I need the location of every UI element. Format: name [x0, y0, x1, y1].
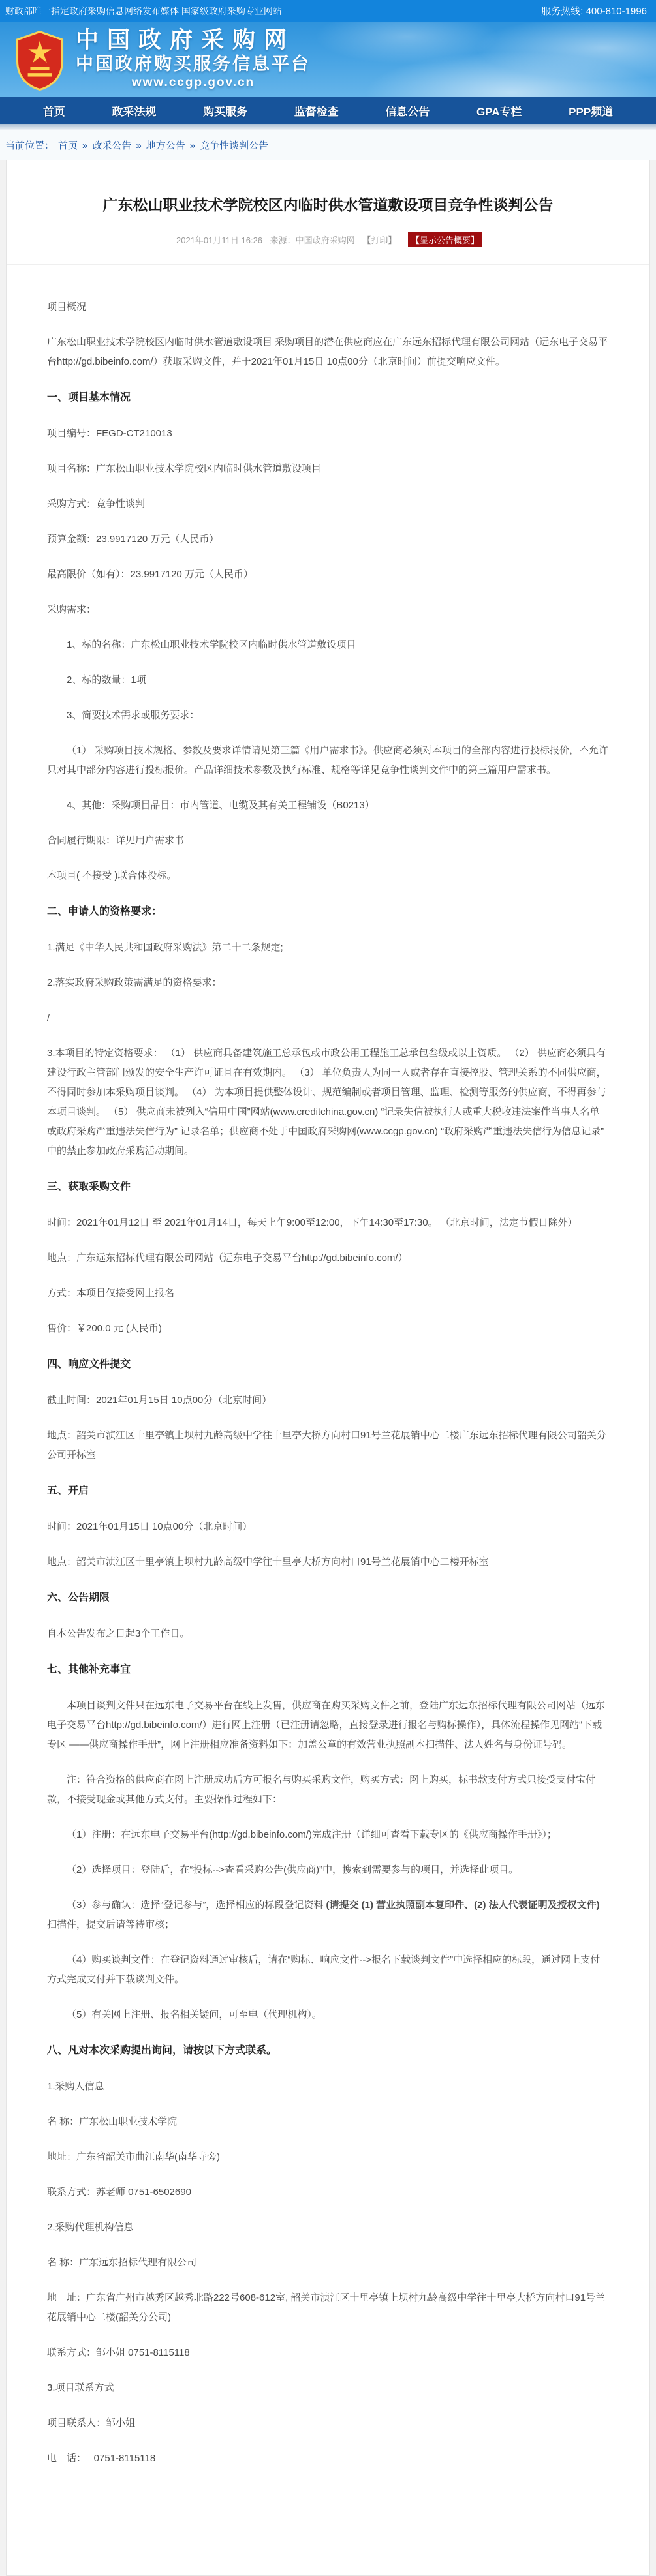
section-heading: 三、获取采购文件	[47, 1177, 609, 1198]
article-paragraph: 本项目谈判文件只在远东电子交易平台在线上发售，供应商在购买采购文件之前，登陆广东…	[47, 1696, 609, 1755]
article-paragraph: 自本公告发布之日起3个工作日。	[47, 1624, 609, 1644]
site-title: 中国政府采购网	[76, 28, 311, 53]
article-paragraph: 项目编号：FEGD-CT210013	[47, 424, 609, 444]
article-source: 来源：中国政府采购网	[270, 235, 355, 245]
article-paragraph: 3、简要技术需求或服务要求：	[47, 706, 609, 725]
breadcrumb-separator: »	[82, 140, 87, 151]
article-paragraph: 2.采购代理机构信息	[47, 2218, 609, 2237]
breadcrumb-link[interactable]: 政采公告	[92, 140, 131, 151]
article-paragraph: 广东松山职业技术学院校区内临时供水管道敷设项目 采购项目的潜在供应商应在广东远东…	[47, 333, 609, 372]
article-paragraph: 地址：广东省韶关市曲江南华(南华寺旁)	[47, 2147, 609, 2167]
nav-item-gpa[interactable]: GPA专栏	[476, 102, 522, 119]
article-paragraph: 项目概况	[47, 297, 609, 317]
article-paragraph: /	[47, 1008, 609, 1028]
section-heading: 七、其他补充事宜	[47, 1659, 609, 1680]
article-paragraph: 3.本项目的特定资格要求： （1） 供应商具备建筑施工总承包或市政公用工程施工总…	[47, 1044, 609, 1161]
article-paragraph: 时间：2021年01月12日 至 2021年01月14日，每天上午9:00至12…	[47, 1213, 609, 1233]
breadcrumb-link[interactable]: 竞争性谈判公告	[200, 140, 268, 151]
article-paragraph: 预算金额：23.9917120 万元（人民币）	[47, 530, 609, 549]
article-meta: 2021年01月11日 16:26 来源：中国政府采购网 【打印】 【显示公告概…	[33, 232, 623, 247]
article-paragraph: （3）参与确认：选择“登记参与”，选择相应的标段登记资料 (请提交 (1) 营业…	[47, 1896, 609, 1935]
site-brand: 中国政府采购网 中国政府购买服务信息平台 www.ccgp.gov.cn	[76, 28, 311, 90]
article-paragraph: 联系方式：苏老师 0751-6502690	[47, 2183, 609, 2202]
article-paragraph: 截止时间：2021年01月15日 10点00分（北京时间）	[47, 1391, 609, 1410]
article-paragraph: 地点：韶关市浈江区十里亭镇上坝村九龄高级中学往十里亭大桥方向村口91号兰花展销中…	[47, 1426, 609, 1465]
section-heading: 五、开启	[47, 1481, 609, 1502]
section-heading: 八、凡对本次采购提出询问，请按以下方式联系。	[47, 2040, 609, 2061]
breadcrumb: 当前位置：首页»政采公告»地方公告»竞争性谈判公告	[0, 130, 656, 160]
article-paragraph: 最高限价（如有）：23.9917120 万元（人民币）	[47, 565, 609, 584]
publish-datetime: 2021年01月11日 16:26	[176, 235, 262, 245]
article-paragraph: 合同履行期限：详见用户需求书	[47, 831, 609, 851]
breadcrumb-link[interactable]: 地方公告	[146, 140, 185, 151]
main-nav: 首页政采法规购买服务监督检查信息公告GPA专栏PPP频道	[0, 97, 656, 124]
nav-item-supervision[interactable]: 监督检查	[294, 102, 339, 119]
article-paragraph: 时间：2021年01月15日 10点00分（北京时间）	[47, 1517, 609, 1537]
paragraph-text: （3）参与确认：选择“登记参与”，选择相应的标段登记资料	[67, 1900, 326, 1911]
article-paragraph: 地点：广东远东招标代理有限公司网站（远东电子交易平台http://gd.bibe…	[47, 1249, 609, 1268]
article-paragraph: 方式：本项目仅接受网上报名	[47, 1284, 609, 1303]
article-paragraph: （5）有关网上注册、报名相关疑问，可至电（代理机构）。	[47, 2005, 609, 2025]
paragraph-text: 扫描件，提交后请等待审核；	[47, 1919, 174, 1930]
article-paragraph: 本项目( 不接受 )联合体投标。	[47, 866, 609, 886]
site-header: 中国政府采购网 中国政府购买服务信息平台 www.ccgp.gov.cn	[0, 22, 656, 97]
article-paragraph: 3.项目联系方式	[47, 2378, 609, 2398]
article-paragraph: 采购方式：竞争性谈判	[47, 494, 609, 514]
article-paragraph: （1） 采购项目技术规格、参数及要求详情请见第三篇《用户需求书》。供应商必须对本…	[47, 741, 609, 780]
nav-item-services[interactable]: 购买服务	[203, 102, 247, 119]
show-summary-toggle[interactable]: 【显示公告概要】	[408, 232, 482, 247]
article-paragraph: 1.采购人信息	[47, 2077, 609, 2097]
article-paragraph: 项目名称：广东松山职业技术学院校区内临时供水管道敷设项目	[47, 459, 609, 479]
breadcrumb-prefix: 当前位置：	[5, 140, 54, 151]
utility-slogan: 财政部唯一指定政府采购信息网络发布媒体 国家级政府采购专业网站	[5, 5, 282, 18]
article-paragraph: 名 称：广东远东招标代理有限公司	[47, 2253, 609, 2273]
site-url: www.ccgp.gov.cn	[76, 76, 311, 90]
page-title: 广东松山职业技术学院校区内临时供水管道敷设项目竞争性谈判公告	[33, 194, 623, 217]
article-paragraph: （1）注册：在远东电子交易平台(http://gd.bibeinfo.com/)…	[47, 1825, 609, 1845]
article-paragraph: （2）选择项目：登陆后，在“投标-->查看采购公告(供应商)”中，搜索到需要参与…	[47, 1860, 609, 1880]
article-paragraph: 售价：￥200.0 元 (人民币)	[47, 1319, 609, 1339]
nav-item-regulations[interactable]: 政采法规	[112, 102, 156, 119]
section-heading: 二、申请人的资格要求：	[47, 902, 609, 922]
utility-bar: 财政部唯一指定政府采购信息网络发布媒体 国家级政府采购专业网站 服务热线: 40…	[0, 0, 656, 22]
national-emblem-logo	[14, 31, 65, 91]
section-heading: 六、公告期限	[47, 1588, 609, 1609]
nav-shadow	[0, 124, 656, 130]
site-subtitle: 中国政府购买服务信息平台	[76, 53, 311, 74]
article-paragraph: 电 话： 0751-8115118	[47, 2449, 609, 2468]
nav-item-home[interactable]: 首页	[43, 102, 65, 119]
breadcrumb-link[interactable]: 首页	[58, 140, 78, 151]
section-heading: 一、项目基本情况	[47, 387, 609, 408]
article-paragraph: 2.落实政府采购政策需满足的资格要求：	[47, 973, 609, 993]
article-paragraph: 4、其他：采购项目品目：市内管道、电缆及其有关工程铺设（B0213）	[47, 796, 609, 815]
breadcrumb-separator: »	[136, 140, 141, 151]
content-panel: 广东松山职业技术学院校区内临时供水管道敷设项目竞争性谈判公告 2021年01月1…	[6, 160, 650, 2576]
article-paragraph: 1、标的名称：广东松山职业技术学院校区内临时供水管道敷设项目	[47, 635, 609, 655]
breadcrumb-links: 首页»政采公告»地方公告»竞争性谈判公告	[58, 140, 268, 151]
article-paragraph: 采购需求：	[47, 600, 609, 620]
article-header: 广东松山职业技术学院校区内临时供水管道敷设项目竞争性谈判公告 2021年01月1…	[7, 160, 649, 265]
article-paragraph: 名 称：广东松山职业技术学院	[47, 2112, 609, 2132]
article-paragraph: 项目联系人：邹小姐	[47, 2414, 609, 2433]
article-paragraph: 2、标的数量：1项	[47, 671, 609, 690]
emphasized-text: (请提交 (1) 营业执照副本复印件、(2) 法人代表证明及授权文件)	[326, 1900, 600, 1911]
article-paragraph: 注：符合资格的供应商在网上注册成功后方可报名与购买采购文件，购买方式：网上购买，…	[47, 1770, 609, 1810]
article-paragraph: 联系方式：邹小姐 0751-8115118	[47, 2343, 609, 2363]
breadcrumb-separator: »	[190, 140, 195, 151]
nav-item-ppp[interactable]: PPP频道	[569, 102, 613, 119]
print-button[interactable]: 【打印】	[362, 235, 396, 245]
article-body: 项目概况广东松山职业技术学院校区内临时供水管道敷设项目 采购项目的潜在供应商应在…	[7, 265, 649, 2468]
section-heading: 四、响应文件提交	[47, 1354, 609, 1375]
article-paragraph: 地点：韶关市浈江区十里亭镇上坝村九龄高级中学往十里亭大桥方向村口91号兰花展销中…	[47, 1553, 609, 1572]
nav-item-announcements[interactable]: 信息公告	[385, 102, 430, 119]
service-hotline: 服务热线: 400-810-1996	[541, 4, 647, 18]
article-paragraph: （4）购买谈判文件：在登记资料通过审核后，请在“购标、响应文件-->报名下载谈判…	[47, 1950, 609, 1990]
article-paragraph: 1.满足《中华人民共和国政府采购法》第二十二条规定;	[47, 938, 609, 958]
article-paragraph: 地 址：广东省广州市越秀区越秀北路222号608-612室, 韶关市浈江区十里亭…	[47, 2288, 609, 2327]
